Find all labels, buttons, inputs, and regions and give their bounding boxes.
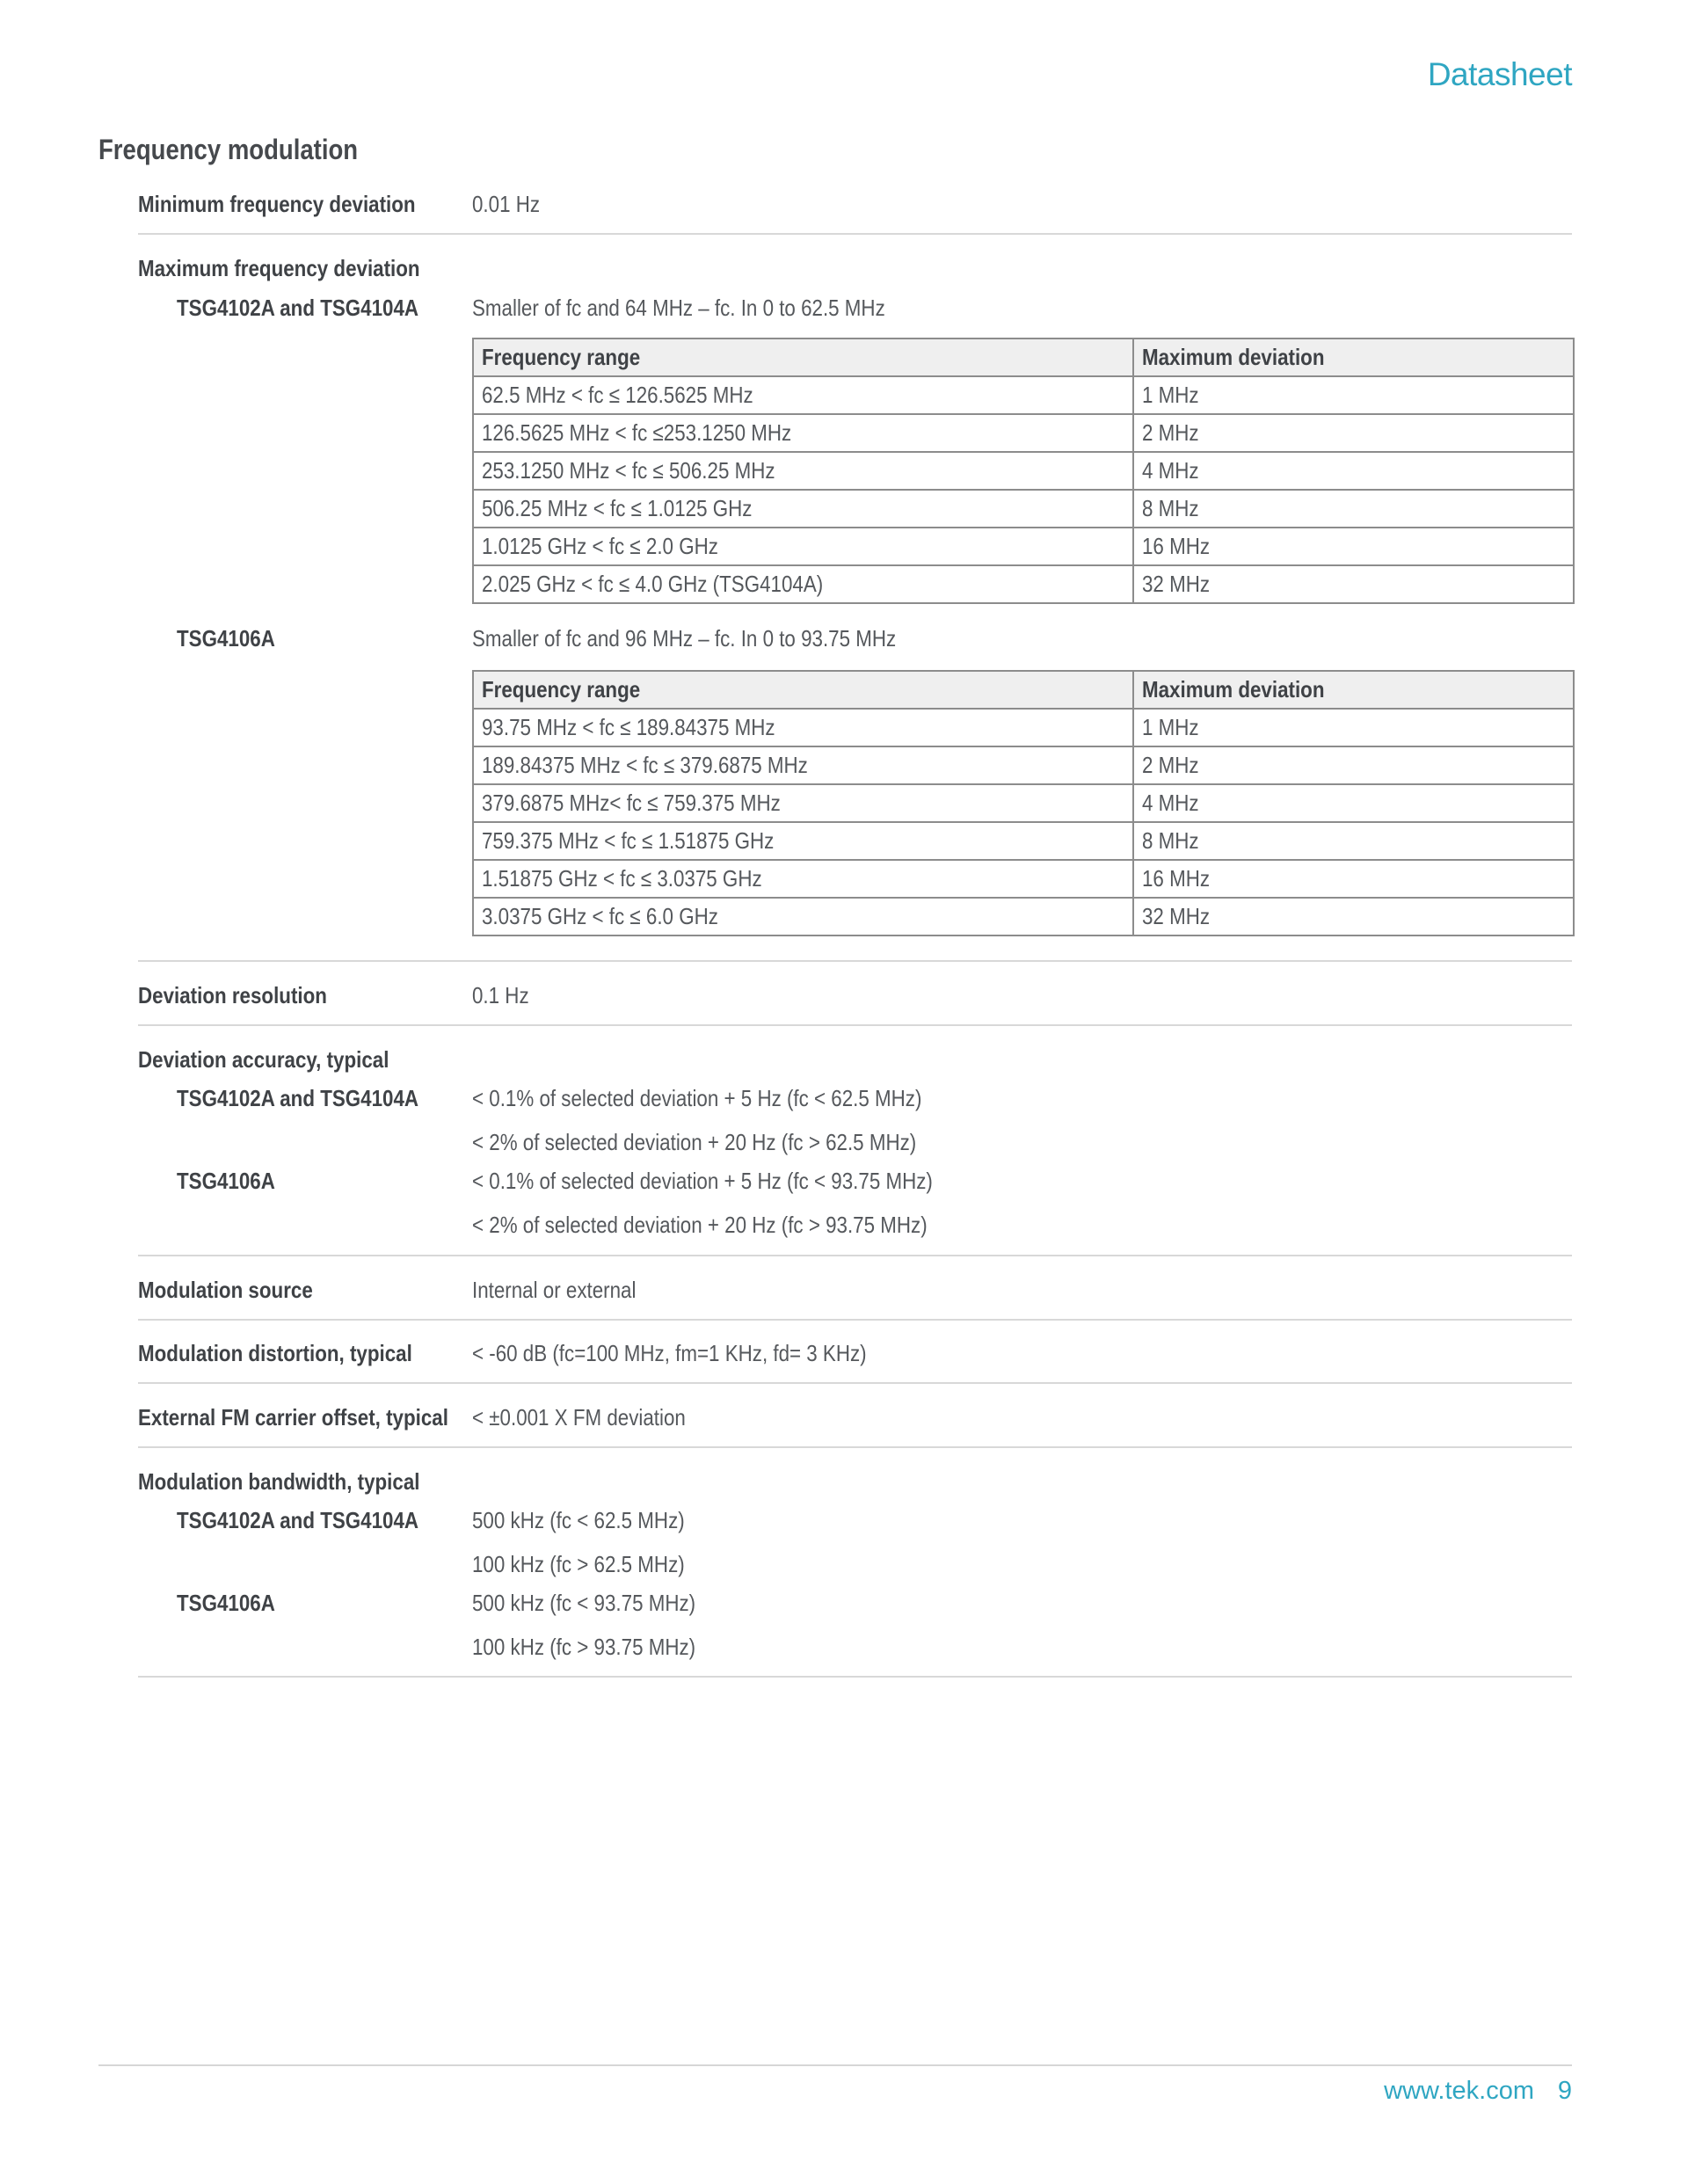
spec-value-line: < 0.1% of selected deviation + 5 Hz (fc …	[472, 1168, 1008, 1195]
max-dev-summary: Smaller of fc and 64 MHz – fc. In 0 to 6…	[472, 295, 952, 322]
column-header: Maximum deviation	[1133, 339, 1574, 376]
spec-label-mod-bandwidth: Modulation bandwidth, typical	[138, 1468, 466, 1496]
table-cell: 253.1250 MHz < fc ≤ 506.25 MHz	[473, 452, 1133, 490]
spec-value-min-freq-dev: 0.01 Hz	[472, 191, 551, 218]
table-cell: 3.0375 GHz < fc ≤ 6.0 GHz	[473, 898, 1133, 935]
spec-label-mod-distortion: Modulation distortion, typical	[138, 1340, 457, 1367]
table-row: 3.0375 GHz < fc ≤ 6.0 GHz32 MHz	[473, 898, 1574, 935]
spec-label-mod-source: Modulation source	[138, 1277, 341, 1304]
spec-label-min-freq-dev: Minimum frequency deviation	[138, 191, 461, 218]
spec-value-line: 100 kHz (fc > 93.75 MHz)	[472, 1634, 732, 1661]
column-header: Frequency range	[473, 339, 1133, 376]
table-cell: 8 MHz	[1133, 822, 1574, 860]
spec-value-line: 500 kHz (fc < 62.5 MHz)	[472, 1507, 719, 1534]
page-number: 9	[1558, 2077, 1572, 2106]
model-label: TSG4102A and TSG4104A	[177, 1507, 458, 1534]
table-cell: 4 MHz	[1133, 452, 1574, 490]
max-deviation-table-tsg4106a: Frequency range Maximum deviation 93.75 …	[472, 670, 1575, 936]
table-header-row: Frequency range Maximum deviation	[473, 339, 1574, 376]
table-row: 506.25 MHz < fc ≤ 1.0125 GHz8 MHz	[473, 490, 1574, 528]
table-cell: 93.75 MHz < fc ≤ 189.84375 MHz	[473, 709, 1133, 746]
divider	[138, 1319, 1572, 1321]
website-link[interactable]: www.tek.com	[1384, 2077, 1534, 2106]
table-cell: 2.025 GHz < fc ≤ 4.0 GHz (TSG4104A)	[473, 565, 1133, 603]
divider	[138, 960, 1572, 962]
table-cell: 759.375 MHz < fc ≤ 1.51875 GHz	[473, 822, 1133, 860]
table-cell: 1.51875 GHz < fc ≤ 3.0375 GHz	[473, 860, 1133, 898]
table-cell: 126.5625 MHz < fc ≤253.1250 MHz	[473, 414, 1133, 452]
table-row: 126.5625 MHz < fc ≤253.1250 MHz2 MHz	[473, 414, 1574, 452]
table-header-row: Frequency range Maximum deviation	[473, 671, 1574, 709]
table-cell: 32 MHz	[1133, 565, 1574, 603]
divider	[138, 1255, 1572, 1256]
table-row: 1.51875 GHz < fc ≤ 3.0375 GHz16 MHz	[473, 860, 1574, 898]
table-cell: 1.0125 GHz < fc ≤ 2.0 GHz	[473, 528, 1133, 565]
table-cell: 16 MHz	[1133, 860, 1574, 898]
column-header: Frequency range	[473, 671, 1133, 709]
table-row: 379.6875 MHz< fc ≤ 759.375 MHz4 MHz	[473, 784, 1574, 822]
divider	[138, 1446, 1572, 1448]
model-label: TSG4102A and TSG4104A	[177, 295, 458, 322]
section-title: Frequency modulation	[98, 134, 400, 166]
table-cell: 506.25 MHz < fc ≤ 1.0125 GHz	[473, 490, 1133, 528]
table-row: 759.375 MHz < fc ≤ 1.51875 GHz8 MHz	[473, 822, 1574, 860]
table-row: 189.84375 MHz < fc ≤ 379.6875 MHz2 MHz	[473, 746, 1574, 784]
spec-label-ext-fm-offset: External FM carrier offset, typical	[138, 1404, 498, 1431]
max-deviation-table-tsg4102a-4104a: Frequency range Maximum deviation 62.5 M…	[472, 338, 1575, 604]
table-cell: 189.84375 MHz < fc ≤ 379.6875 MHz	[473, 746, 1133, 784]
model-label: TSG4102A and TSG4104A	[177, 1085, 458, 1112]
table-row: 253.1250 MHz < fc ≤ 506.25 MHz4 MHz	[473, 452, 1574, 490]
model-label: TSG4106A	[177, 1590, 291, 1617]
table-row: 2.025 GHz < fc ≤ 4.0 GHz (TSG4104A)32 MH…	[473, 565, 1574, 603]
spec-value-line: < 0.1% of selected deviation + 5 Hz (fc …	[472, 1085, 995, 1112]
spec-value-line: 100 kHz (fc > 62.5 MHz)	[472, 1551, 719, 1578]
spec-label-max-freq-dev: Maximum frequency deviation	[138, 255, 466, 282]
spec-value-line: < 2% of selected deviation + 20 Hz (fc >…	[472, 1129, 988, 1156]
table-cell: 62.5 MHz < fc ≤ 126.5625 MHz	[473, 376, 1133, 414]
table-cell: 8 MHz	[1133, 490, 1574, 528]
spec-value-mod-source: Internal or external	[472, 1277, 663, 1304]
table-cell: 1 MHz	[1133, 709, 1574, 746]
table-cell: 2 MHz	[1133, 746, 1574, 784]
footer-divider	[98, 2064, 1572, 2066]
spec-value-line: 500 kHz (fc < 93.75 MHz)	[472, 1590, 732, 1617]
max-dev-summary: Smaller of fc and 96 MHz – fc. In 0 to 9…	[472, 625, 965, 652]
table-cell: 32 MHz	[1133, 898, 1574, 935]
model-label: TSG4106A	[177, 1168, 291, 1195]
model-label: TSG4106A	[177, 625, 291, 652]
document-type-label: Datasheet	[1428, 56, 1572, 93]
spec-value-dev-resolution: 0.1 Hz	[472, 982, 538, 1009]
table-cell: 16 MHz	[1133, 528, 1574, 565]
table-row: 93.75 MHz < fc ≤ 189.84375 MHz1 MHz	[473, 709, 1574, 746]
spec-value-ext-fm-offset: < ±0.001 X FM deviation	[472, 1404, 720, 1431]
divider	[138, 1676, 1572, 1678]
spec-label-dev-accuracy: Deviation accuracy, typical	[138, 1046, 430, 1074]
divider	[138, 1024, 1572, 1026]
table-cell: 379.6875 MHz< fc ≤ 759.375 MHz	[473, 784, 1133, 822]
table-row: 62.5 MHz < fc ≤ 126.5625 MHz1 MHz	[473, 376, 1574, 414]
spec-value-mod-distortion: < -60 dB (fc=100 MHz, fm=1 KHz, fd= 3 KH…	[472, 1340, 931, 1367]
table-row: 1.0125 GHz < fc ≤ 2.0 GHz16 MHz	[473, 528, 1574, 565]
column-header: Maximum deviation	[1133, 671, 1574, 709]
divider	[138, 1382, 1572, 1384]
table-cell: 1 MHz	[1133, 376, 1574, 414]
divider	[138, 233, 1572, 235]
table-cell: 2 MHz	[1133, 414, 1574, 452]
spec-label-dev-resolution: Deviation resolution	[138, 982, 358, 1009]
spec-value-line: < 2% of selected deviation + 20 Hz (fc >…	[472, 1212, 1001, 1239]
table-cell: 4 MHz	[1133, 784, 1574, 822]
